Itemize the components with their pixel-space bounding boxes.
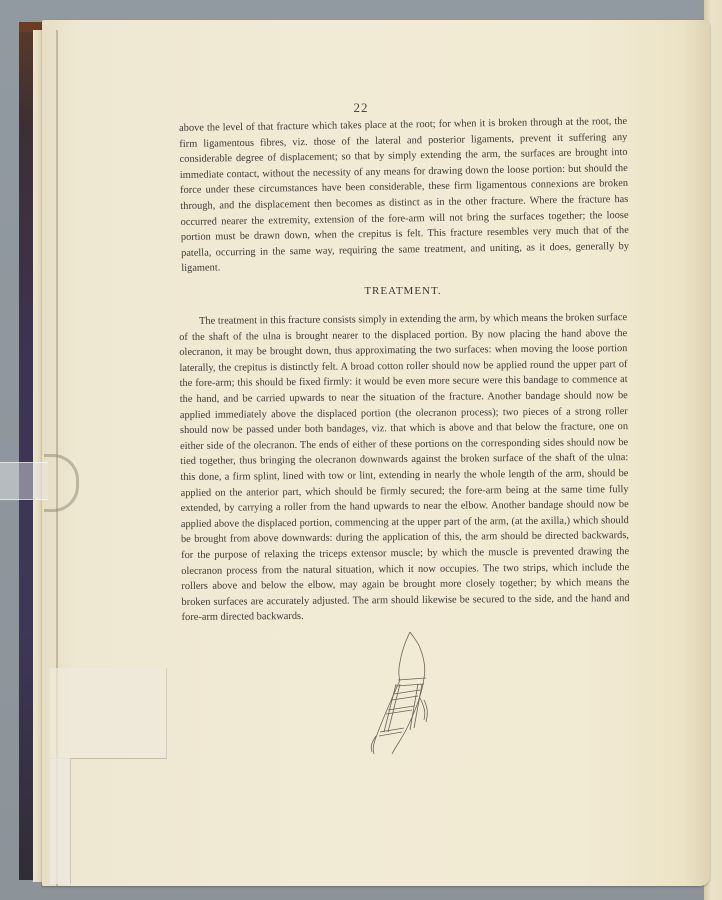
cover-spine-edge	[19, 22, 33, 880]
paper-mount-patch	[50, 668, 167, 759]
clip-strip	[0, 462, 48, 500]
body-paragraph-1: above the level of that fracture which t…	[179, 114, 629, 277]
body-paragraph-2: The treatment in this fracture consists …	[179, 310, 630, 626]
section-heading: TREATMENT.	[179, 285, 627, 297]
clip-icon	[0, 462, 78, 502]
paragraph-text: above the level of that fracture which t…	[179, 114, 629, 277]
bandaged-arm-illustration	[362, 628, 452, 758]
paper-mount-strip	[50, 758, 71, 884]
paragraph-text: The treatment in this fracture consists …	[179, 310, 630, 626]
